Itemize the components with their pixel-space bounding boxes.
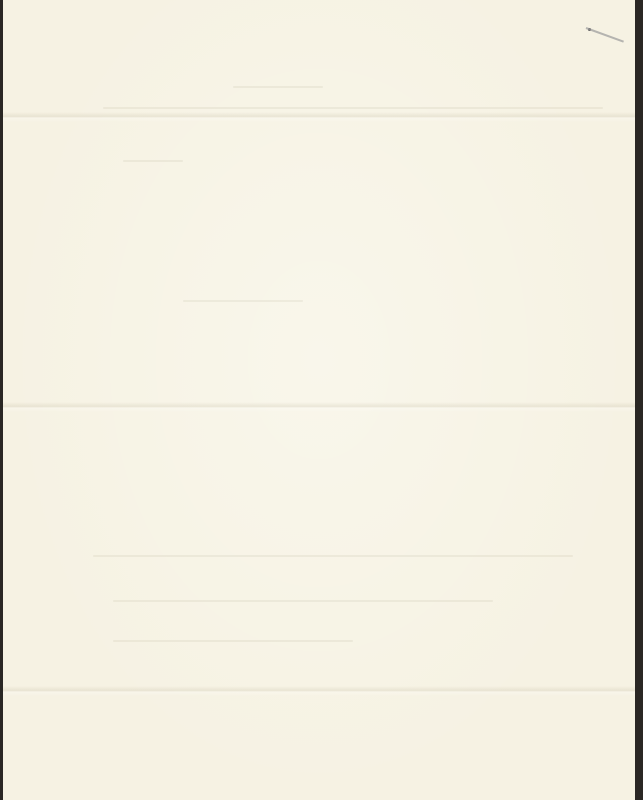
fold-line: [3, 686, 635, 696]
bleed-through-mark: [233, 86, 323, 88]
bleed-through-mark: [93, 555, 573, 557]
bleed-through-mark: [183, 300, 303, 302]
scanned-page: [0, 0, 643, 800]
paper-sheet: [3, 0, 635, 800]
bleed-through-mark: [113, 640, 353, 642]
bleed-through-mark: [103, 107, 603, 109]
bleed-through-mark: [123, 160, 183, 162]
fold-line: [3, 112, 635, 122]
bleed-through-mark: [113, 600, 493, 602]
fold-line: [3, 402, 635, 412]
